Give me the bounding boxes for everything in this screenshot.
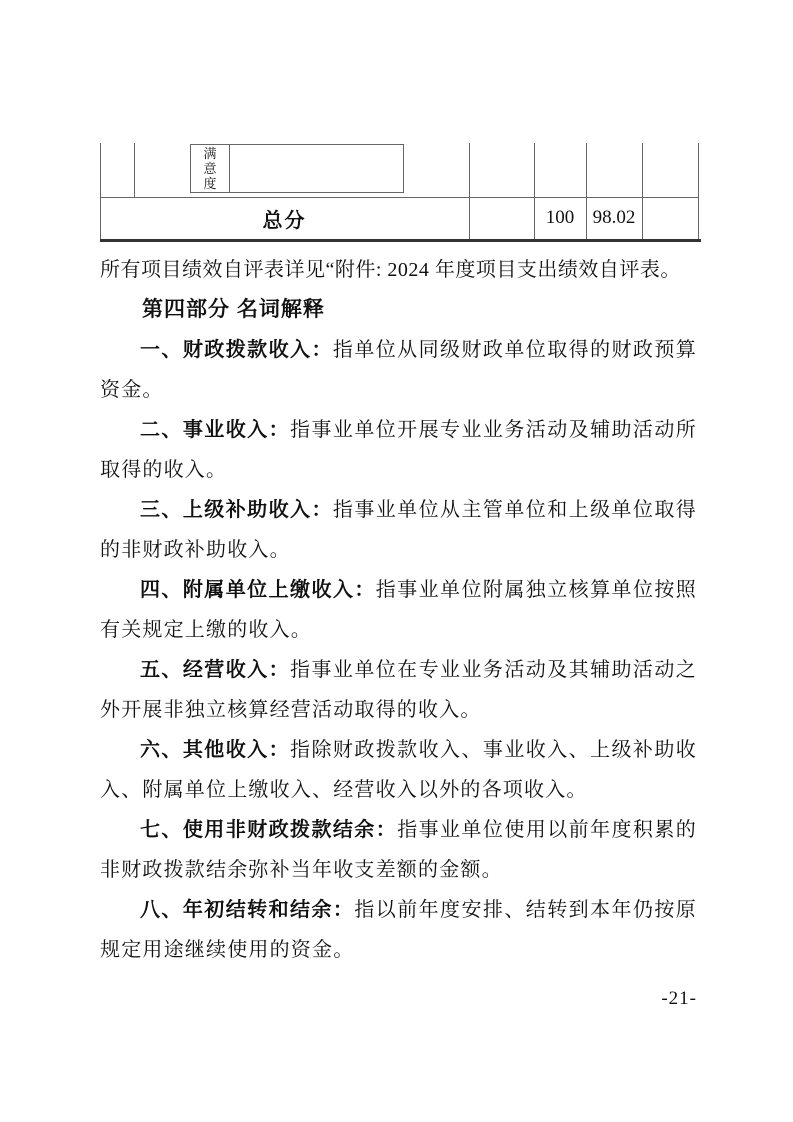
- term-title: 六、其他收入：: [140, 739, 290, 761]
- satisfaction-box: 满意度: [190, 144, 404, 193]
- table-gridline: [469, 143, 470, 241]
- total-label-cell: 总分: [100, 197, 469, 239]
- score-table-fragment: 满意度 总分 100 98.02: [100, 143, 699, 241]
- total-max-score-cell: 100: [534, 197, 586, 239]
- satisfaction-label: 满意度: [203, 146, 217, 191]
- continuation-paragraph: 所有项目绩效自评表详见“附件: 2024 年度项目支出绩效自评表。: [100, 250, 697, 290]
- term-title: 七、使用非财政拨款结余：: [140, 819, 397, 841]
- term-paragraph-2: 二、事业收入：指事业单位开展专业业务活动及辅助活动所取得的收入。: [100, 410, 697, 490]
- term-paragraph-1: 一、财政拨款收入：指单位从同级财政单位取得的财政预算资金。: [100, 330, 697, 410]
- term-paragraph-3: 三、上级补助收入：指事业单位从主管单位和上级单位取得的非财政补助收入。: [100, 490, 697, 570]
- section-heading: 第四部分 名词解释: [100, 290, 697, 330]
- term-paragraph-8: 八、年初结转和结余：指以前年度安排、结转到本年仍按原规定用途继续使用的资金。: [100, 890, 697, 970]
- satisfaction-label-cell: 满意度: [191, 145, 229, 192]
- term-title: 三、上级补助收入：: [140, 499, 333, 521]
- term-paragraph-5: 五、经营收入：指事业单位在专业业务活动及其辅助活动之外开展非独立核算经营活动取得…: [100, 650, 697, 730]
- term-paragraph-6: 六、其他收入：指除财政拨款收入、事业收入、上级补助收入、附属单位上缴收入、经营收…: [100, 730, 697, 810]
- term-title: 二、事业收入：: [140, 419, 290, 441]
- table-border-bottom: [100, 239, 701, 242]
- term-title: 五、经营收入：: [140, 659, 290, 681]
- table-border-right: [698, 143, 699, 241]
- term-title: 四、附属单位上缴收入：: [140, 579, 376, 601]
- term-paragraph-4: 四、附属单位上缴收入：指事业单位附属独立核算单位按照有关规定上缴的收入。: [100, 570, 697, 650]
- total-score-cell: 98.02: [586, 197, 642, 239]
- page-number: -21-: [0, 988, 697, 1010]
- document-page: 满意度 总分 100 98.02 所有项目绩效自评表详见“附件: 2024 年度…: [0, 0, 793, 1122]
- term-title: 八、年初结转和结余：: [140, 899, 354, 921]
- table-gridline: [642, 143, 643, 241]
- table-gridline: [134, 143, 135, 197]
- term-paragraph-7: 七、使用非财政拨款结余：指事业单位使用以前年度积累的非财政拨款结余弥补当年收支差…: [100, 810, 697, 890]
- term-title: 一、财政拨款收入：: [140, 339, 333, 361]
- satisfaction-box-divider: [229, 145, 230, 192]
- body-text: 所有项目绩效自评表详见“附件: 2024 年度项目支出绩效自评表。 第四部分 名…: [100, 250, 697, 970]
